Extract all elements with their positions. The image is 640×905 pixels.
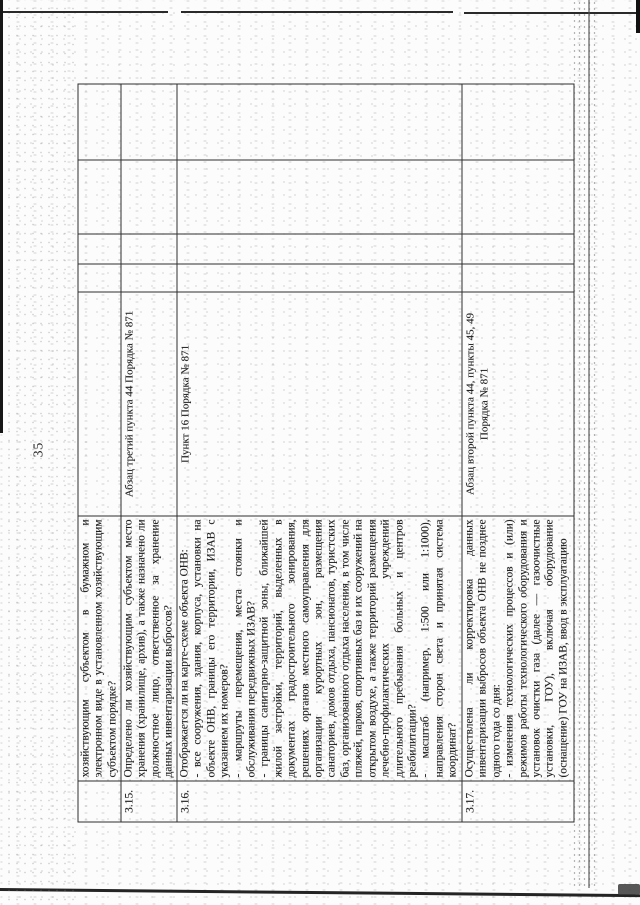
answer-cell [462, 159, 573, 233]
question-cell: Осуществлена ли корректировка данных инв… [462, 515, 573, 780]
row-number-cell: 3.17. [462, 780, 573, 821]
question-paragraph: Определено ли хозяйствующим субъектом ме… [122, 519, 176, 777]
question-paragraph: Отображается ли на карте-схеме объекта О… [178, 519, 191, 777]
answer-cell [462, 263, 573, 291]
row-number-cell: 3.15. [121, 780, 177, 821]
reference-cell [78, 291, 121, 515]
answer-cell [177, 159, 462, 233]
answer-cell [177, 263, 462, 291]
reference-cell: Абзац третий пункта 44 Порядка № 871 [121, 291, 177, 515]
answer-cell [177, 84, 462, 159]
row-number-cell: 3.16. [177, 780, 462, 821]
inspection-checklist-table: хозяйствующим субъектом в бумажном и эле… [77, 83, 574, 822]
question-paragraph: - все сооружения, здания, корпуса, устан… [191, 519, 231, 777]
answer-cell [177, 233, 462, 263]
question-paragraph: Осуществлена ли корректировка данных инв… [463, 519, 503, 777]
question-paragraph: - масштаб (например, 1:500 или 1:1000), … [419, 519, 459, 777]
row-number-cell [78, 780, 121, 821]
answer-cell [78, 263, 121, 291]
answer-cell [121, 263, 177, 291]
scanned-document-screenshot: 35 хозяйствующим субъектом в бумажном и … [0, 0, 640, 905]
question-cell: Определено ли хозяйствующим субъектом ме… [121, 515, 177, 780]
question-paragraph: - изменения технологических процессов и … [503, 519, 570, 777]
answer-cell [78, 233, 121, 263]
question-cell: Отображается ли на карте-схеме объекта О… [177, 515, 462, 780]
reference-cell: Абзац второй пункта 44, пункты 45, 49 По… [462, 291, 573, 515]
answer-cell [462, 84, 573, 159]
question-cell: хозяйствующим субъектом в бумажном и эле… [78, 515, 121, 780]
document-page: 35 хозяйствующим субъектом в бумажном и … [0, 0, 640, 905]
reference-cell: Пункт 16 Порядка № 871 [177, 291, 462, 515]
answer-cell [121, 159, 177, 233]
answer-cell [121, 233, 177, 263]
question-paragraph: - границы санитарно-защитной зоны, ближа… [258, 519, 419, 777]
answer-cell [78, 159, 121, 233]
question-paragraph: - маршруты перемещения, места стоянки и … [232, 519, 259, 777]
answer-cell [462, 233, 573, 263]
answer-cell [121, 84, 177, 159]
answer-cell [78, 84, 121, 159]
question-paragraph: хозяйствующим субъектом в бумажном и эле… [79, 519, 119, 777]
page-number: 35 [30, 431, 46, 467]
